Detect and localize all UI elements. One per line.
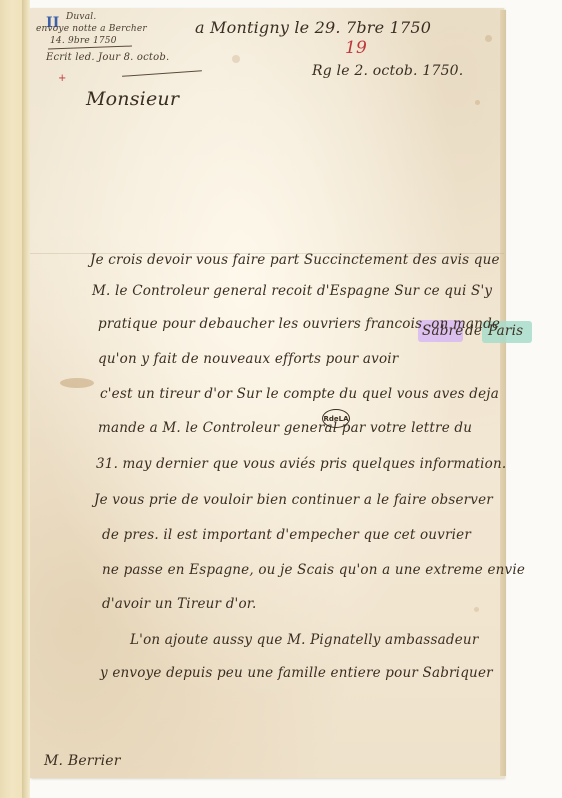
body-line-5: c'est un tireur d'or Sur le compte du qu… <box>100 386 499 402</box>
addressee: M. Berrier <box>44 753 121 769</box>
highlight-word-sabre: Sabre <box>422 323 463 339</box>
body-line-4: qu'on y fait de nouveaux efforts pour av… <box>98 351 398 367</box>
red-cross-mark: + <box>58 73 67 84</box>
folio-number: 19 <box>345 38 367 58</box>
body-line-7: 31. may dernier que vous aviés pris quel… <box>96 456 506 472</box>
place-date: a Montigny le 29. 7bre 1750 <box>195 18 431 37</box>
stain <box>474 607 479 612</box>
stain <box>485 35 492 42</box>
body-line-1: Je crois devoir vous faire part Succinct… <box>90 252 500 268</box>
margin-note-1: Duval. <box>66 12 96 22</box>
body-line-8: Je vous prie de vouloir bien continuer a… <box>94 492 493 508</box>
mount-edge <box>22 0 30 798</box>
body-line-13: y envoye depuis peu une famille entiere … <box>100 665 493 681</box>
stain <box>232 55 240 63</box>
archive-stamp: RdeLA <box>322 409 350 428</box>
body-line-11: d'avoir un Tireur d'or. <box>102 596 256 612</box>
body-line-10: ne passe en Espagne, ou je Scais qu'on a… <box>102 562 525 578</box>
page-edge <box>500 10 506 776</box>
body-line-2: M. le Controleur general recoit d'Espagn… <box>92 283 492 299</box>
received-date: Rg le 2. octob. 1750. <box>312 63 463 79</box>
margin-note-3: 14. 9bre 1750 <box>50 36 117 46</box>
body-line-6: mande a M. le Controleur general par vot… <box>98 420 472 436</box>
highlight-word-de: de <box>465 323 482 339</box>
stain <box>475 100 480 105</box>
salutation: Monsieur <box>86 88 179 110</box>
body-line-12: L'on ajoute aussy que M. Pignatelly amba… <box>130 632 478 648</box>
margin-note-2: envoye notte a Bercher <box>36 24 147 34</box>
margin-note-4: Ecrit led. Jour 8. octob. <box>46 52 169 63</box>
stain <box>60 378 94 388</box>
highlight-word-paris: Paris <box>488 323 523 339</box>
body-line-9: de pres. il est important d'empecher que… <box>102 527 471 543</box>
